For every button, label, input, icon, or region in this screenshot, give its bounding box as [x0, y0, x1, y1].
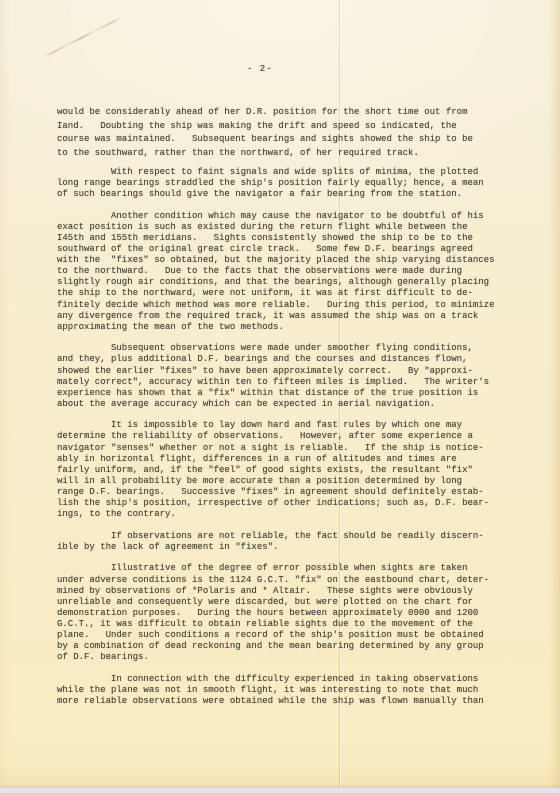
text-line: finitely decide which method was more re…: [57, 300, 494, 311]
text-line: plane. Under such conditions a record of…: [57, 630, 494, 641]
text-line: showed the earlier "fixes" to have been …: [57, 366, 494, 377]
paragraph: It is impossible to lay down hard and fa…: [57, 420, 494, 520]
text-line: under adverse conditions is the 1124 G.C…: [57, 575, 494, 586]
paragraph: Another condition which may cause the na…: [57, 211, 494, 333]
pencil-scratch-mark: [44, 16, 123, 58]
text-line: ible by the lack of agreement in "fixes"…: [57, 542, 494, 553]
text-line: long range bearings straddled the ship's…: [57, 178, 494, 189]
text-line: southward of the original great circle t…: [57, 244, 494, 255]
text-line: navigator "senses" whether or not a sigh…: [57, 443, 494, 454]
text-line: by a combination of dead reckoning and t…: [57, 641, 494, 652]
text-line: Iand. Doubting the ship was making the d…: [57, 120, 494, 134]
paragraph: Subsequent observations were made under …: [57, 343, 494, 410]
text-line: If observations are not reliable, the fa…: [57, 531, 494, 542]
text-line: experience has shown that a "fix" within…: [57, 388, 494, 399]
text-line: while the plane was not in smooth flight…: [57, 685, 494, 696]
text-line: demonstration purposes. During the hours…: [57, 608, 494, 619]
paragraph: Illustrative of the degree of error poss…: [57, 563, 494, 663]
text-line: more reliable observations were obtained…: [57, 696, 494, 707]
scanner-background-strip: [0, 788, 560, 793]
scanned-typewritten-page: - 2- would be considerably ahead of her …: [0, 0, 560, 793]
text-line: lish the ship's position, irrespective o…: [57, 498, 494, 509]
text-line: ably in horizontal flight, differences i…: [57, 454, 494, 465]
text-line: exact position is such as existed during…: [57, 222, 494, 233]
text-line: Illustrative of the degree of error poss…: [57, 563, 494, 574]
text-line: with the "fixes" so obtained, but the ma…: [57, 255, 494, 266]
paragraph: In connection with the difficulty experi…: [57, 674, 494, 707]
text-line: the ship to the northward, were not unif…: [57, 288, 494, 299]
text-line: G.C.T., it was difficult to obtain relia…: [57, 619, 494, 630]
text-line: approximating the mean of the two method…: [57, 322, 494, 333]
text-line: Another condition which may cause the na…: [57, 211, 494, 222]
text-line: of such bearings should give the navigat…: [57, 189, 494, 200]
paragraph: With respect to faint signals and wide s…: [57, 167, 494, 200]
document-body: would be considerably ahead of her D.R. …: [57, 106, 494, 718]
text-line: determine the reliability of observation…: [57, 431, 494, 442]
text-line: any divergence from the required track, …: [57, 311, 494, 322]
text-line: will in all probability be more accurate…: [57, 476, 494, 487]
text-line: I45th and 155th meridians. Sights consis…: [57, 233, 494, 244]
paragraph: If observations are not reliable, the fa…: [57, 531, 494, 553]
text-line: would be considerably ahead of her D.R. …: [57, 106, 494, 120]
text-line: and they, plus additional D.F. bearings …: [57, 354, 494, 365]
text-line: With respect to faint signals and wide s…: [57, 167, 494, 178]
text-line: ings, to the contrary.: [57, 509, 494, 520]
text-line: slightly rough air conditions, and that …: [57, 277, 494, 288]
text-line: fairly uniform, and, if the "feel" of go…: [57, 465, 494, 476]
text-line: range D.F. bearings. Successive "fixes" …: [57, 487, 494, 498]
paragraph: would be considerably ahead of her D.R. …: [57, 106, 494, 160]
text-line: It is impossible to lay down hard and fa…: [57, 420, 494, 431]
text-line: mately correct", accuracy within ten to …: [57, 377, 494, 388]
page-number: - 2-: [247, 64, 273, 75]
text-line: Subsequent observations were made under …: [57, 343, 494, 354]
text-line: In connection with the difficulty experi…: [57, 674, 494, 685]
text-line: course was maintained. Subsequent bearin…: [57, 133, 494, 147]
text-line: to the southward, rather than the northw…: [57, 147, 494, 161]
text-line: of D.F. bearings.: [57, 652, 494, 663]
text-line: to the northward. Due to the facts that …: [57, 266, 494, 277]
text-line: mined by observations of *Polaris and * …: [57, 586, 494, 597]
text-line: unreliable and consequently were discard…: [57, 597, 494, 608]
text-line: about the average accuracy which can be …: [57, 399, 494, 410]
